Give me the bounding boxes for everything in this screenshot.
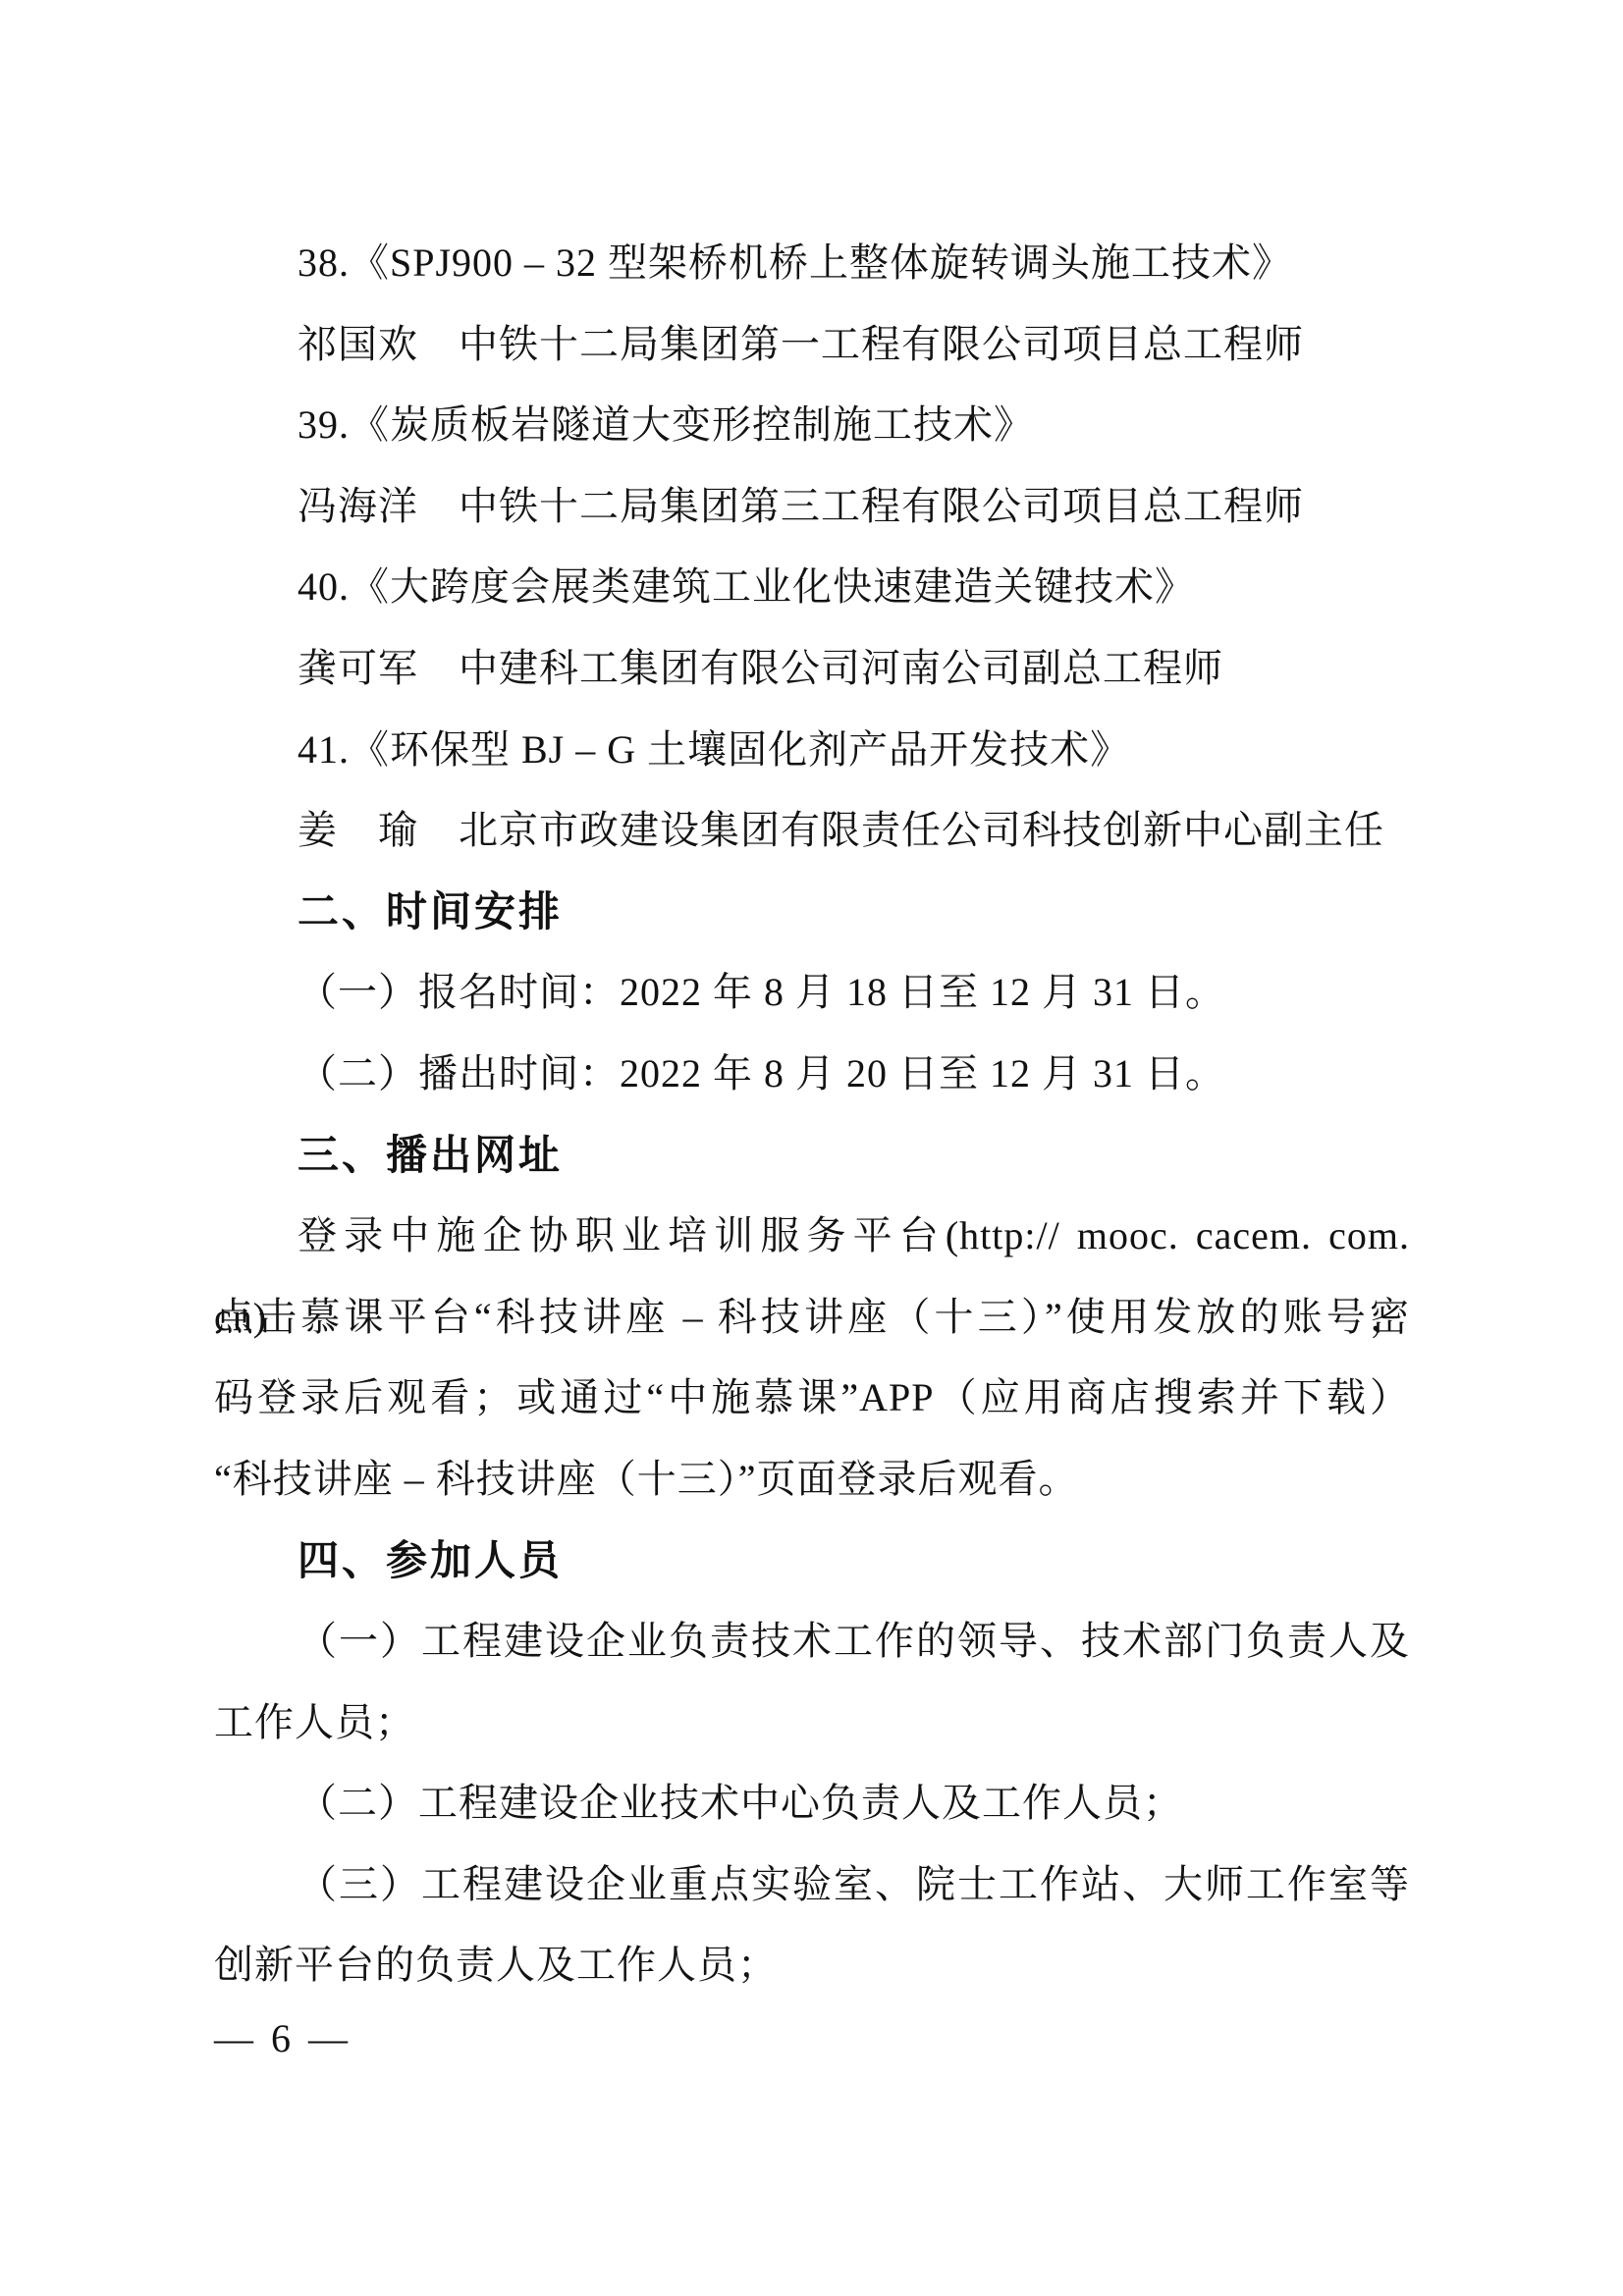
registration-time-line: （一）报名时间：2022 年 8 月 18 日至 12 月 31 日。 [214,952,1410,1034]
broadcast-url-line-4: “科技讲座 – 科技讲座（十三）”页面登录后观看。 [214,1439,1410,1521]
broadcast-time-line: （二）播出时间：2022 年 8 月 20 日至 12 月 31 日。 [214,1034,1410,1115]
participants-item-1-line-2: 工作人员； [214,1682,1410,1764]
participants-item-3-line-2: 创新平台的负责人及工作人员； [214,1925,1410,2006]
lecture-40-speaker: 龚可军 中建科工集团有限公司河南公司副总工程师 [214,628,1410,710]
document-page: 38.《SPJ900 – 32 型架桥机桥上整体旋转调头施工技术》 祁国欢 中铁… [0,0,1623,2296]
participants-item-3-line-1: （三）工程建设企业重点实验室、院士工作站、大师工作室等 [214,1844,1410,1926]
lecture-41-speaker: 姜 瑜 北京市政建设集团有限责任公司科技创新中心副主任 [214,790,1410,872]
section-heading-broadcast-url: 三、播出网址 [214,1115,1410,1197]
lecture-38-title: 38.《SPJ900 – 32 型架桥机桥上整体旋转调头施工技术》 [214,223,1410,304]
section-heading-schedule: 二、时间安排 [214,872,1410,953]
section-heading-participants: 四、参加人员 [214,1521,1410,1602]
lecture-39-title: 39.《炭质板岩隧道大变形控制施工技术》 [214,385,1410,466]
participants-item-2: （二）工程建设企业技术中心负责人及工作人员； [214,1763,1410,1844]
broadcast-url-line-3: 码登录后观看；或通过“中施慕课”APP（应用商店搜索并下载） [214,1358,1410,1439]
page-number: — 6 — [214,2009,352,2068]
broadcast-url-line-2: 点击慕课平台“科技讲座 – 科技讲座（十三）”使用发放的账号密 [214,1277,1410,1359]
lecture-41-title: 41.《环保型 BJ – G 土壤固化剂产品开发技术》 [214,710,1410,791]
document-text-block: 38.《SPJ900 – 32 型架桥机桥上整体旋转调头施工技术》 祁国欢 中铁… [214,223,1410,2006]
broadcast-url-line-1: 登录中施企协职业培训服务平台(http:// mooc. cacem. com.… [214,1196,1410,1277]
participants-item-1-line-1: （一）工程建设企业负责技术工作的领导、技术部门负责人及 [214,1601,1410,1682]
lecture-40-title: 40.《大跨度会展类建筑工业化快速建造关键技术》 [214,547,1410,628]
lecture-39-speaker: 冯海洋 中铁十二局集团第三工程有限公司项目总工程师 [214,466,1410,548]
lecture-38-speaker: 祁国欢 中铁十二局集团第一工程有限公司项目总工程师 [214,304,1410,386]
